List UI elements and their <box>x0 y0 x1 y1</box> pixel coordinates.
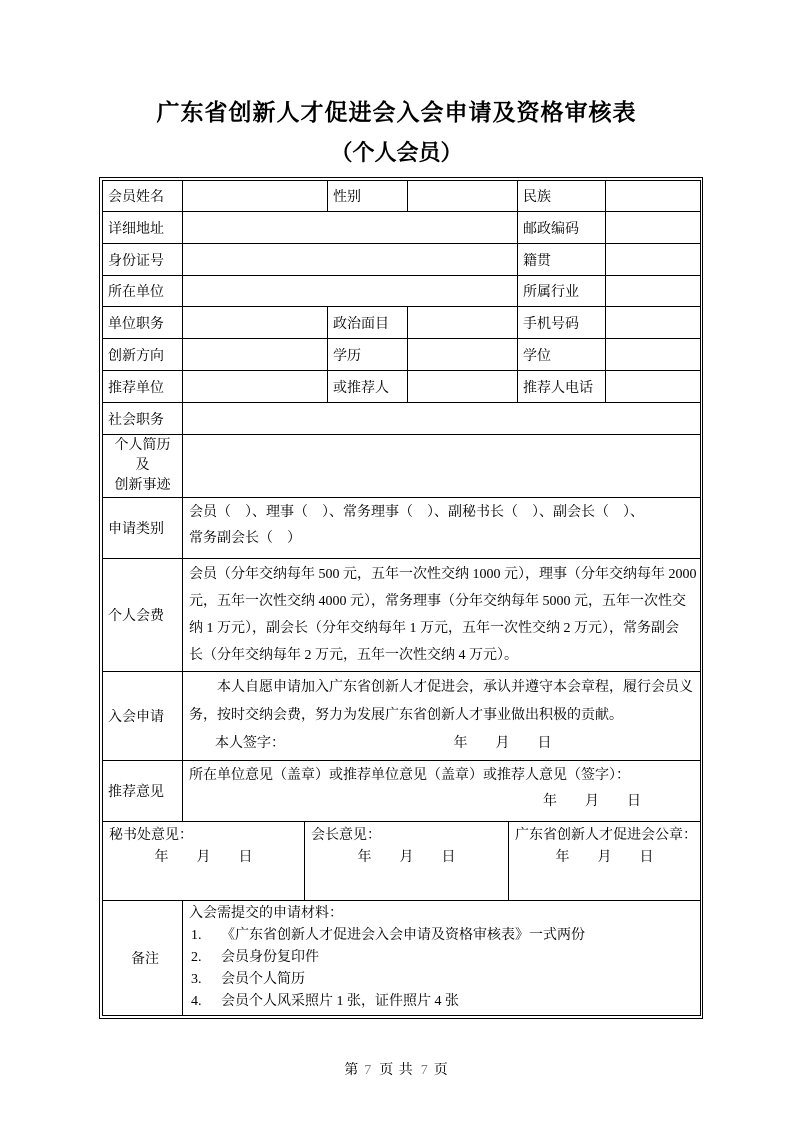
label-id-number: 身份证号 <box>103 244 183 276</box>
label-mobile: 手机号码 <box>518 307 606 339</box>
president-opinion-label: 会长意见： <box>311 826 502 846</box>
remarks-item-text: 会员个人风采照片 1 张，证件照片 4 张 <box>221 994 459 1009</box>
secretariat-opinion-label: 秘书处意见： <box>109 826 298 846</box>
total-page-number: 7 <box>421 1063 429 1078</box>
label-degree: 学位 <box>518 339 606 371</box>
remarks-item: 1.《广东省创新人才促进会入会申请及资格审核表》一式两份 <box>189 925 696 947</box>
table-row: 个人简历 及 创新事迹 <box>103 435 701 498</box>
statement-line: 本人自愿申请加入广东省创新人才促进会，承认并遵守本会章程，履行会员义 <box>189 674 696 702</box>
degree-field[interactable] <box>606 339 701 371</box>
label-recommender: 或推荐人 <box>328 371 408 403</box>
fee-text-line: 元，五年一次性交纳 4000 元），常务理事（分年交纳每年 5000 元，五年一… <box>189 588 696 615</box>
application-form-border: 会员姓名 性别 民族 详细地址 邮政编码 身份证号 籍贯 <box>99 177 703 1019</box>
label-industry: 所属行业 <box>518 276 606 307</box>
mobile-field[interactable] <box>606 307 701 339</box>
member-name-field[interactable] <box>183 181 328 212</box>
application-form-table: 会员姓名 性别 民族 详细地址 邮政编码 身份证号 籍贯 <box>102 180 701 1016</box>
resume-field[interactable] <box>183 435 701 498</box>
application-statement-cell: 本人自愿申请加入广东省创新人才促进会，承认并遵守本会章程，履行会员义 务，按时交… <box>183 672 701 761</box>
remarks-item: 4.会员个人风采照片 1 张，证件照片 4 张 <box>189 991 696 1013</box>
signature-line: 本人签字： 年 月 日 <box>189 730 696 758</box>
label-recommender-unit: 推荐单位 <box>103 371 183 403</box>
label-recommender-phone: 推荐人电话 <box>518 371 606 403</box>
id-number-field[interactable] <box>183 244 518 276</box>
remarks-item-text: 《广东省创新人才促进会入会申请及资格审核表》一式两份 <box>221 928 585 943</box>
label-ethnicity: 民族 <box>518 181 606 212</box>
label-resume: 个人简历 及 创新事迹 <box>103 435 183 498</box>
page-number: 第7页 共7页 <box>0 1059 793 1079</box>
table-row: 秘书处意见： 年 月 日 会长意见： 年 月 日 广东省创新人才促进会公章： <box>103 822 701 901</box>
statement-line: 务，按时交纳会费，努力为发展广东省创新人才事业做出积极的贡献。 <box>189 702 696 730</box>
table-row: 申请类别 会员（ ）、理事（ ）、常务理事（ ）、副秘书长（ ）、副会长（ ）、… <box>103 498 701 559</box>
remarks-item-text: 会员身份复印件 <box>221 950 319 965</box>
president-opinion-cell[interactable]: 会长意见： 年 月 日 <box>305 822 509 901</box>
recommender-field[interactable] <box>408 371 518 403</box>
label-resume-line: 创新事迹 <box>103 476 182 496</box>
political-status-field[interactable] <box>408 307 518 339</box>
remarks-item-text: 会员个人简历 <box>221 972 305 987</box>
remarks-item: 3.会员个人简历 <box>189 969 696 991</box>
table-row: 入会申请 本人自愿申请加入广东省创新人才促进会，承认并遵守本会章程，履行会员义 … <box>103 672 701 761</box>
label-remarks: 备注 <box>103 901 183 1016</box>
association-seal-date: 年 月 日 <box>515 846 694 866</box>
work-unit-field[interactable] <box>183 276 518 307</box>
application-category-options[interactable]: 会员（ ）、理事（ ）、常务理事（ ）、副秘书长（ ）、副会长（ ）、 常务副会… <box>183 498 701 559</box>
page-number-prefix: 第 <box>344 1063 359 1078</box>
signature-date[interactable]: 年 月 日 <box>454 736 552 751</box>
remarks-content: 入会需提交的申请材料： 1.《广东省创新人才促进会入会申请及资格审核表》一式两份… <box>183 901 701 1016</box>
page-subtitle: （个人会员） <box>0 140 793 166</box>
ethnicity-field[interactable] <box>606 181 701 212</box>
remarks-intro: 入会需提交的申请材料： <box>189 903 696 925</box>
page-number-suffix: 页 <box>434 1063 449 1078</box>
label-education: 学历 <box>328 339 408 371</box>
recommendation-date: 年 月 日 <box>189 789 696 815</box>
table-row: 会员姓名 性别 民族 <box>103 181 701 212</box>
label-application-statement: 入会申请 <box>103 672 183 761</box>
native-place-field[interactable] <box>606 244 701 276</box>
innovation-direction-field[interactable] <box>183 339 328 371</box>
label-membership-fee: 个人会费 <box>103 559 183 672</box>
association-seal-label: 广东省创新人才促进会公章： <box>515 826 694 846</box>
table-row: 所在单位 所属行业 <box>103 276 701 307</box>
table-row: 身份证号 籍贯 <box>103 244 701 276</box>
unit-position-field[interactable] <box>183 307 328 339</box>
label-social-position: 社会职务 <box>103 403 183 435</box>
table-row: 创新方向 学历 学位 <box>103 339 701 371</box>
industry-field[interactable] <box>606 276 701 307</box>
recommender-unit-field[interactable] <box>183 371 328 403</box>
recommendation-text: 所在单位意见（盖章）或推荐单位意见（盖章）或推荐人意见（签字）： <box>189 763 696 789</box>
label-unit-position: 单位职务 <box>103 307 183 339</box>
label-political-status: 政治面目 <box>328 307 408 339</box>
document-page: 广东省创新人才促进会入会申请及资格审核表 （个人会员） 会员姓名 性别 民族 详… <box>0 0 793 1122</box>
table-row: 个人会费 会员（分年交纳每年 500 元，五年一次性交纳 1000 元），理事（… <box>103 559 701 672</box>
table-row: 备注 入会需提交的申请材料： 1.《广东省创新人才促进会入会申请及资格审核表》一… <box>103 901 701 1016</box>
secretariat-opinion-date: 年 月 日 <box>109 846 298 866</box>
remarks-item: 2.会员身份复印件 <box>189 947 696 969</box>
president-opinion-date: 年 月 日 <box>311 846 502 866</box>
label-address: 详细地址 <box>103 212 183 244</box>
remarks-item-number: 4. <box>191 991 221 1013</box>
label-member-name: 会员姓名 <box>103 181 183 212</box>
fee-text-line: 会员（分年交纳每年 500 元，五年一次性交纳 1000 元），理事（分年交纳每… <box>189 561 696 588</box>
label-gender: 性别 <box>328 181 408 212</box>
label-resume-line: 及 <box>103 456 182 476</box>
table-row: 单位职务 政治面目 手机号码 <box>103 307 701 339</box>
address-field[interactable] <box>183 212 518 244</box>
category-options-line: 会员（ ）、理事（ ）、常务理事（ ）、副秘书长（ ）、副会长（ ）、 <box>189 500 696 526</box>
label-resume-line: 个人简历 <box>103 436 182 456</box>
label-recommendation: 推荐意见 <box>103 761 183 822</box>
remarks-item-number: 1. <box>191 925 221 947</box>
page-number-middle: 页 共 <box>379 1063 414 1078</box>
label-postal-code: 邮政编码 <box>518 212 606 244</box>
fee-text-line: 长（分年交纳每年 2 万元，五年一次性交纳 4 万元）。 <box>189 642 696 669</box>
fee-text-line: 纳 1 万元），副会长（分年交纳每年 1 万元，五年一次性交纳 2 万元），常务… <box>189 615 696 642</box>
postal-code-field[interactable] <box>606 212 701 244</box>
table-row: 推荐单位 或推荐人 推荐人电话 <box>103 371 701 403</box>
remarks-item-number: 3. <box>191 969 221 991</box>
gender-field[interactable] <box>408 181 518 212</box>
label-native-place: 籍贯 <box>518 244 606 276</box>
label-application-category: 申请类别 <box>103 498 183 559</box>
social-position-field[interactable] <box>183 403 701 435</box>
label-work-unit: 所在单位 <box>103 276 183 307</box>
remarks-item-number: 2. <box>191 947 221 969</box>
membership-fee-text: 会员（分年交纳每年 500 元，五年一次性交纳 1000 元），理事（分年交纳每… <box>183 559 701 672</box>
recommendation-cell[interactable]: 所在单位意见（盖章）或推荐单位意见（盖章）或推荐人意见（签字）： 年 月 日 <box>183 761 701 822</box>
recommender-phone-field[interactable] <box>606 371 701 403</box>
secretariat-opinion-cell[interactable]: 秘书处意见： 年 月 日 <box>103 822 305 901</box>
table-row: 社会职务 <box>103 403 701 435</box>
association-seal-cell[interactable]: 广东省创新人才促进会公章： 年 月 日 <box>509 822 701 901</box>
page-title: 广东省创新人才促进会入会申请及资格审核表 <box>0 0 793 127</box>
table-row: 推荐意见 所在单位意见（盖章）或推荐单位意见（盖章）或推荐人意见（签字）： 年 … <box>103 761 701 822</box>
signature-label[interactable]: 本人签字： <box>215 736 285 751</box>
label-innovation-direction: 创新方向 <box>103 339 183 371</box>
current-page-number: 7 <box>364 1063 372 1078</box>
table-row: 详细地址 邮政编码 <box>103 212 701 244</box>
education-field[interactable] <box>408 339 518 371</box>
category-options-line: 常务副会长（ ） <box>189 526 696 552</box>
